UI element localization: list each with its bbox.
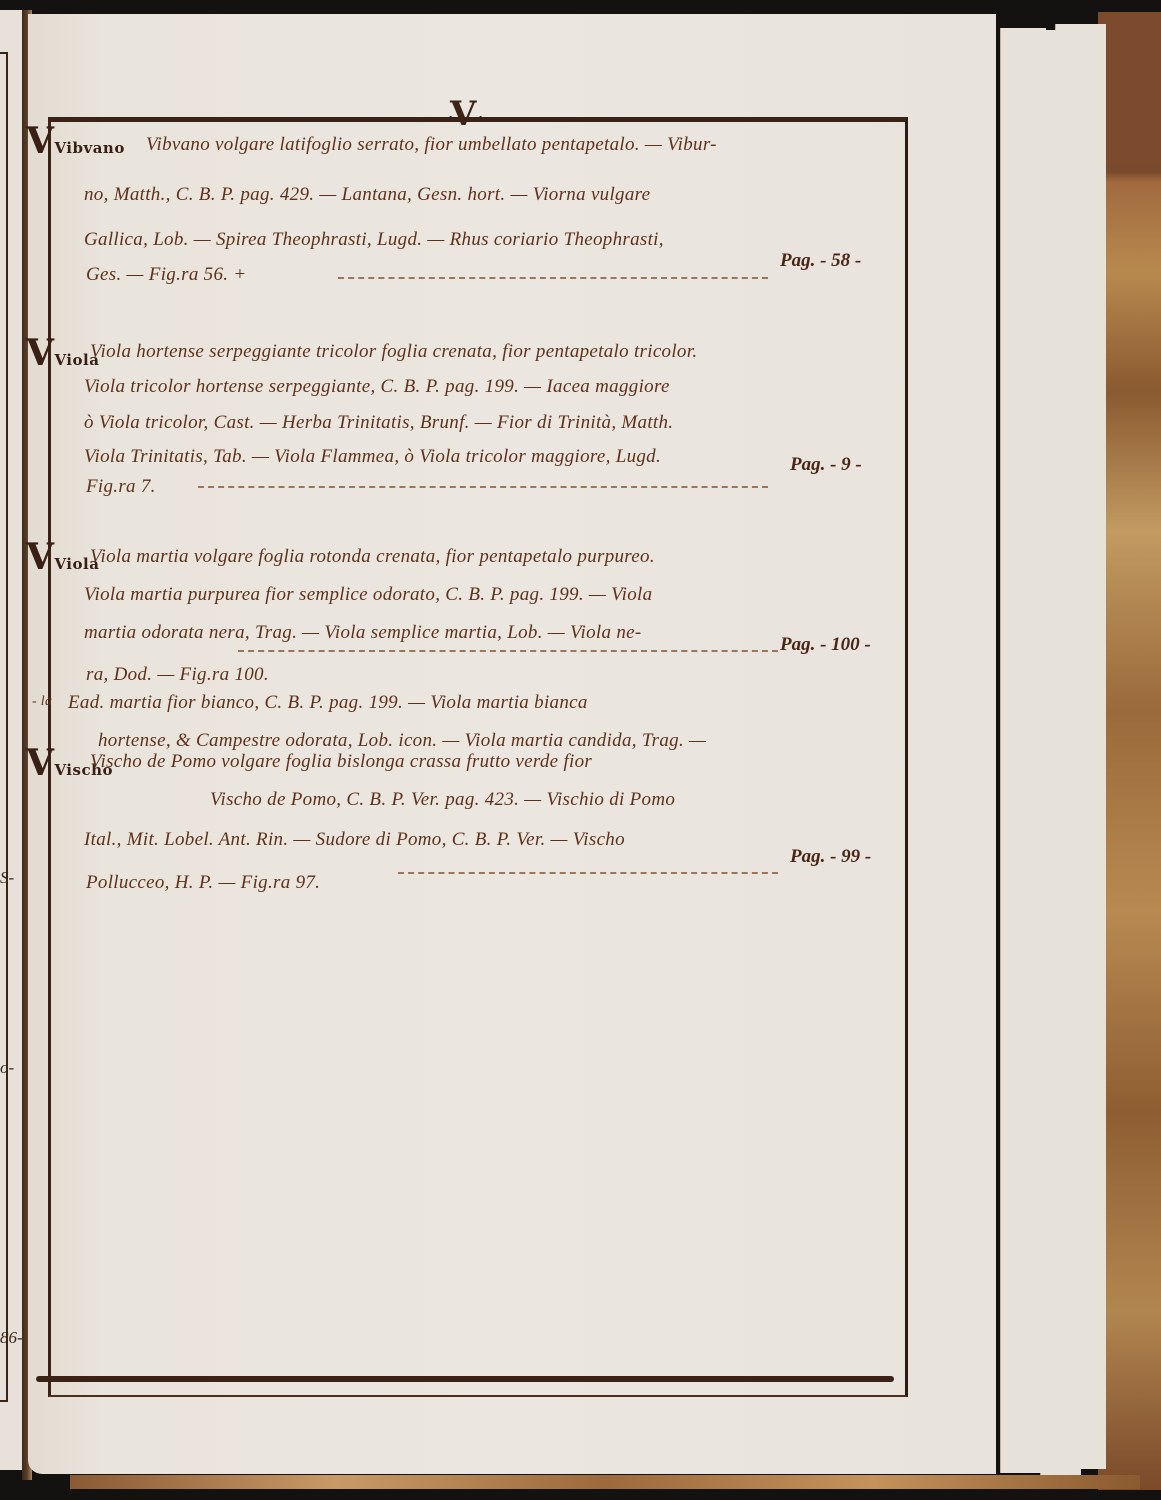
left-page-frame (0, 52, 8, 1402)
entry-line: ò Viola tricolor, Cast. — Herba Trinitat… (84, 412, 673, 434)
book-cover-leather-corner (1100, 14, 1160, 164)
book-cover-bottom-edge (70, 1475, 1140, 1489)
page-reference: Pag. - 99 - (790, 846, 871, 868)
entry-line: Fig.ra 7. (86, 476, 156, 498)
entry-line: Viola martia volgare foglia rotonda cren… (90, 546, 655, 568)
left-margin-fragment: 86- (0, 1328, 23, 1348)
page-edge-stack (1040, 30, 1081, 1475)
leader-dashes (198, 486, 768, 490)
entry-line: ra, Dod. — Fig.ra 100. (86, 664, 269, 686)
page-edge-stack (1000, 28, 1046, 1473)
entry-line: Viola tricolor hortense serpeggiante, C.… (84, 376, 670, 398)
page-reference: Pag. - 58 - (780, 250, 861, 272)
entry-line: Ital., Mit. Lobel. Ant. Rin. — Sudore di… (84, 829, 625, 851)
sub-entry-prefix: - la (32, 694, 52, 710)
entry-headword: VViola (26, 351, 99, 369)
left-margin-fragment: o- (0, 1058, 14, 1078)
entry-line: Viola martia purpurea fior semplice odor… (84, 584, 652, 606)
leader-dashes (338, 277, 768, 281)
book-cover-marbled-edge (1098, 12, 1161, 1490)
entry-line: martia odorata nera, Trag. — Viola sempl… (84, 622, 642, 644)
leader-dashes (398, 872, 778, 876)
entry-line: Vischo de Pomo, C. B. P. Ver. pag. 423. … (210, 789, 675, 811)
page-reference: Pag. - 9 - (790, 454, 862, 476)
entry-line: Ges. — Fig.ra 56. + (86, 264, 247, 286)
page-reference: Pag. - 100 - (780, 634, 871, 656)
frame-bottom-rule (36, 1376, 894, 1382)
entry-line: hortense, & Campestre odorata, Lob. icon… (98, 730, 706, 752)
entry-line: Viola Trinitatis, Tab. — Viola Flammea, … (84, 446, 661, 468)
entry-line: no, Matth., C. B. P. pag. 429. — Lantana… (84, 184, 650, 206)
entry-line: Viola hortense serpeggiante tricolor fog… (90, 341, 697, 363)
leader-dashes (238, 650, 778, 654)
entry-line: Vischo de Pomo volgare foglia bislonga c… (90, 751, 592, 773)
entry-line: Ead. martia fior bianco, C. B. P. pag. 1… (68, 692, 588, 714)
entry-headword: VViola (26, 555, 99, 573)
entry-line: Pollucceo, H. P. — Fig.ra 97. (86, 872, 320, 894)
entry-line: Vibvano volgare latifoglio serrato, fior… (58, 134, 898, 156)
manuscript-page: V ^ ^ VVibvano Vibvano volgare latifogli… (28, 14, 996, 1474)
entry-line: Gallica, Lob. — Spirea Theophrasti, Lugd… (84, 229, 664, 251)
left-margin-fragment: S- (0, 868, 14, 888)
